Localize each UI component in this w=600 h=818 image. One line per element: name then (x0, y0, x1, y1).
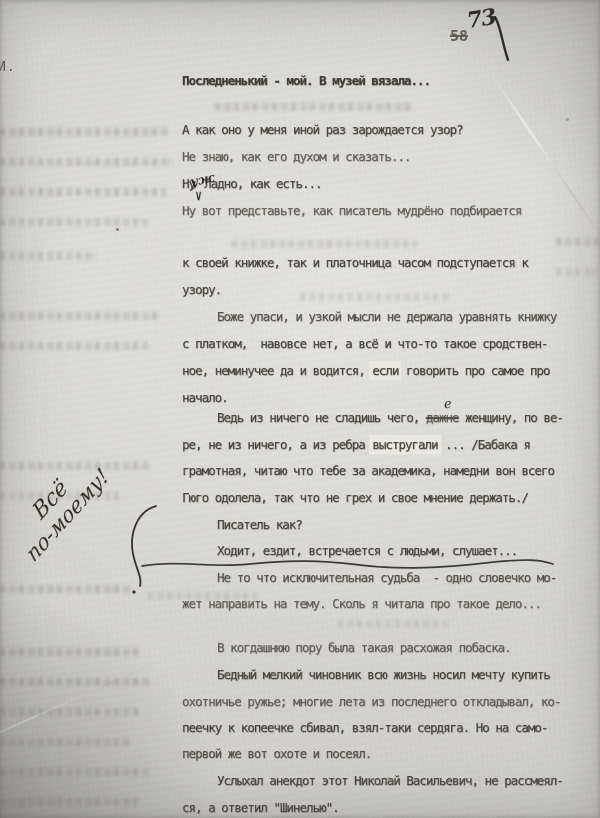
typed-line: Ходит, ездит, встречается с людьми, слуш… (217, 543, 517, 558)
typed-line: пеечку к копеечке сбивал, взял-таки серд… (182, 720, 547, 735)
typed-line: Не то что исключительная судьба - одно с… (217, 570, 556, 585)
typed-line: Боже упаси, и узкой мысли не держала ура… (217, 309, 556, 324)
typed-line: Ну вот представьте, как писатель мудрёно… (182, 203, 521, 218)
line-segment: говорить про самое про (399, 363, 549, 378)
margin-mark: И. (0, 60, 16, 75)
typed-line: узору. (182, 282, 221, 297)
typed-page-number: 58 (450, 27, 468, 45)
bleedthrough-strip (556, 268, 596, 276)
typed-line: А как оно у меня иной раз зарождается уз… (182, 122, 463, 137)
typed-line: Бедный мелкий чиновник всю жизнь носил м… (217, 667, 550, 682)
typed-line: Ну∨ужладно, как есть... (182, 176, 322, 191)
bleedthrough-strip (0, 678, 152, 686)
handwritten-margin-note: Всё по-моему! (0, 437, 126, 579)
wavy-underline (140, 558, 555, 570)
typed-line: ное, неминучее да и водится, если говори… (182, 363, 549, 378)
bleedthrough-strip (0, 218, 148, 226)
bleedthrough-strip (556, 238, 600, 246)
typed-line: Не знаю, как его духом и сказать... (182, 149, 410, 164)
bleedthrough-strip (0, 252, 96, 260)
typed-line: к своей книжке, так и платочница часом п… (182, 255, 528, 270)
title-line: Последненький - мой. В музей вязала... (182, 73, 430, 88)
line-segment: ... /Бабака я (439, 437, 530, 452)
question-curve (126, 502, 160, 594)
bleedthrough-strip (0, 188, 166, 196)
handwritten-correction: е (443, 397, 452, 413)
struck-word: дажнее (426, 410, 459, 425)
bleedthrough-strip (0, 158, 172, 166)
bleedthrough-strip (0, 648, 142, 656)
typed-line: охотничье ружье; многие лета из последне… (182, 694, 561, 709)
handwritten-page-number: 73 (465, 4, 497, 34)
bleedthrough-strip (0, 738, 132, 746)
typed-line: первой же вот охоте и посеял. (182, 746, 371, 761)
typed-line: ся, а ответил "Шинелью". (182, 800, 339, 815)
typed-line: с платком, навовсе нет, а всё и что-то т… (182, 336, 547, 351)
scanned-page: 73 58 И. Последненький - мой. В музей вя… (0, 0, 600, 818)
bleedthrough-strip (0, 708, 142, 716)
bleedthrough-strip (338, 620, 448, 628)
typed-line: Гюго одолела, так что не грех и свое мне… (182, 490, 528, 505)
bleedthrough-strip (300, 293, 450, 301)
typed-line: Писатель как? (217, 517, 302, 532)
bleedthrough-strip (0, 128, 168, 136)
bleedthrough-strip (215, 103, 410, 111)
ink-speck (116, 228, 119, 231)
paper-crease (488, 69, 600, 253)
typed-patch: выстругали (371, 437, 438, 452)
line-segment: ное, неминучее да и водится, (182, 363, 371, 378)
bleedthrough-strip (0, 768, 152, 776)
typed-patch: если (371, 363, 399, 378)
bleedthrough-strip (0, 342, 148, 350)
typed-line: жет направить на тему. Сколь я читала пр… (182, 596, 541, 611)
typed-line: Ведь из ничего не сладишь чего, дажнее ж… (217, 410, 563, 425)
typed-line: начало. (182, 390, 228, 405)
line-segment: женщину, по ве- (458, 410, 562, 425)
bleedthrough-strip (0, 585, 132, 593)
typed-line: Услыхал анекдот этот Николай Васильевич,… (217, 773, 563, 788)
line-segment: ре, не из ничего, а из ребра (182, 437, 371, 452)
line-segment: Ведь из ничего не сладишь чего, (217, 410, 426, 425)
typed-line: грамотная, читаю что тебе за академика, … (182, 463, 554, 478)
bleedthrough-strip (0, 312, 158, 320)
bleedthrough-strip (232, 240, 417, 248)
typed-line: ре, не из ничего, а из ребра выстругали … (182, 437, 530, 452)
line-segment: ладно, как есть... (204, 176, 321, 191)
paper-crease (0, 647, 189, 755)
bleedthrough-strip (0, 798, 142, 806)
caret-mark: ∨ (195, 187, 201, 204)
typed-line: В когдашнюю пору была такая расхожая поб… (217, 640, 511, 655)
ink-speck (566, 118, 569, 121)
